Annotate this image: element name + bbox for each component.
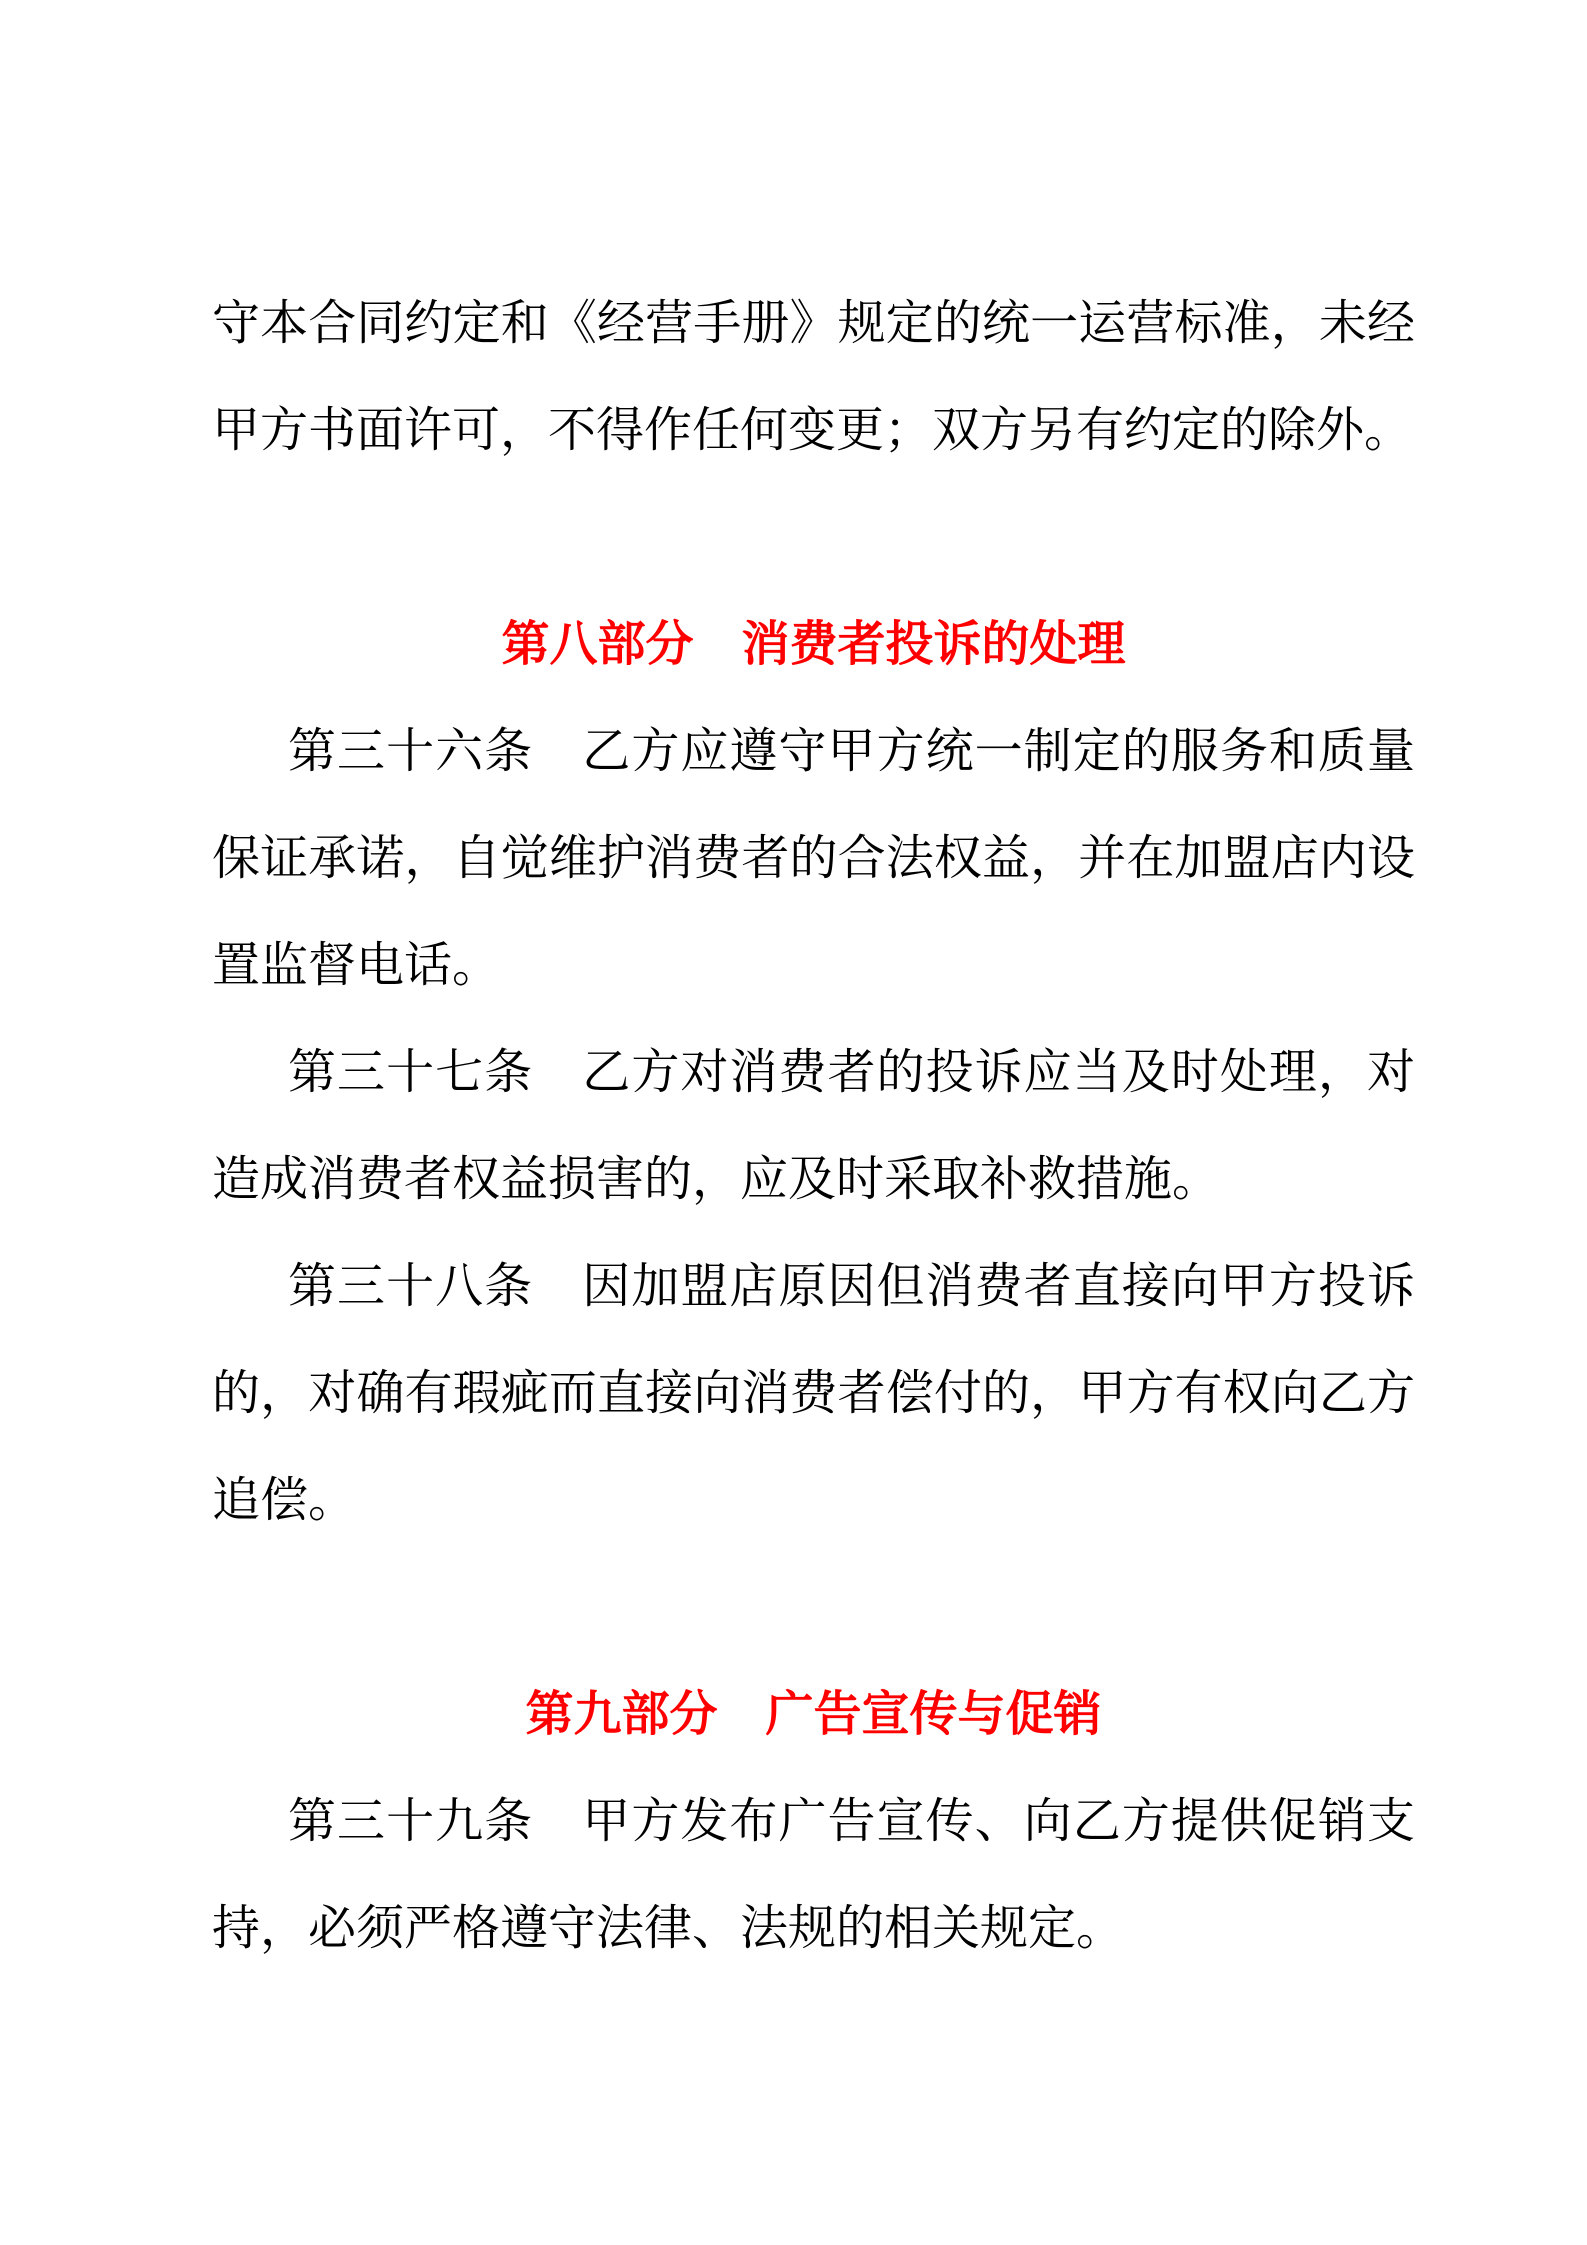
body-line: 保证承诺，自觉维护消费者的合法权益，并在加盟店内设 [212,805,1415,912]
body-line: 造成消费者权益损害的，应及时采取补救措施。 [212,1126,1415,1233]
body-line: 甲方书面许可，不得作任何变更；双方另有约定的除外。 [212,377,1415,484]
body-line: 置监督电话。 [212,912,1415,1019]
body-line: 守本合同约定和《经营手册》规定的统一运营标准，未经 [212,270,1415,377]
body-line: 追偿。 [212,1447,1415,1554]
body-line: 持，必须严格遵守法律、法规的相关规定。 [212,1875,1415,1982]
contract-page: 守本合同约定和《经营手册》规定的统一运营标准，未经 甲方书面许可，不得作任何变更… [0,0,1587,2245]
body-line: 第三十八条 因加盟店原因但消费者直接向甲方投诉 [212,1233,1415,1340]
section-heading-part8: 第八部分 消费者投诉的处理 [212,591,1415,698]
body-line: 第三十九条 甲方发布广告宣传、向乙方提供促销支 [212,1768,1415,1875]
body-line: 第三十六条 乙方应遵守甲方统一制定的服务和质量 [212,698,1415,805]
body-line: 第三十七条 乙方对消费者的投诉应当及时处理，对 [212,1019,1415,1126]
section-heading-part9: 第九部分 广告宣传与促销 [212,1661,1415,1768]
body-line: 的，对确有瑕疵而直接向消费者偿付的，甲方有权向乙方 [212,1340,1415,1447]
blank-line [212,1554,1415,1661]
blank-line [212,484,1415,591]
